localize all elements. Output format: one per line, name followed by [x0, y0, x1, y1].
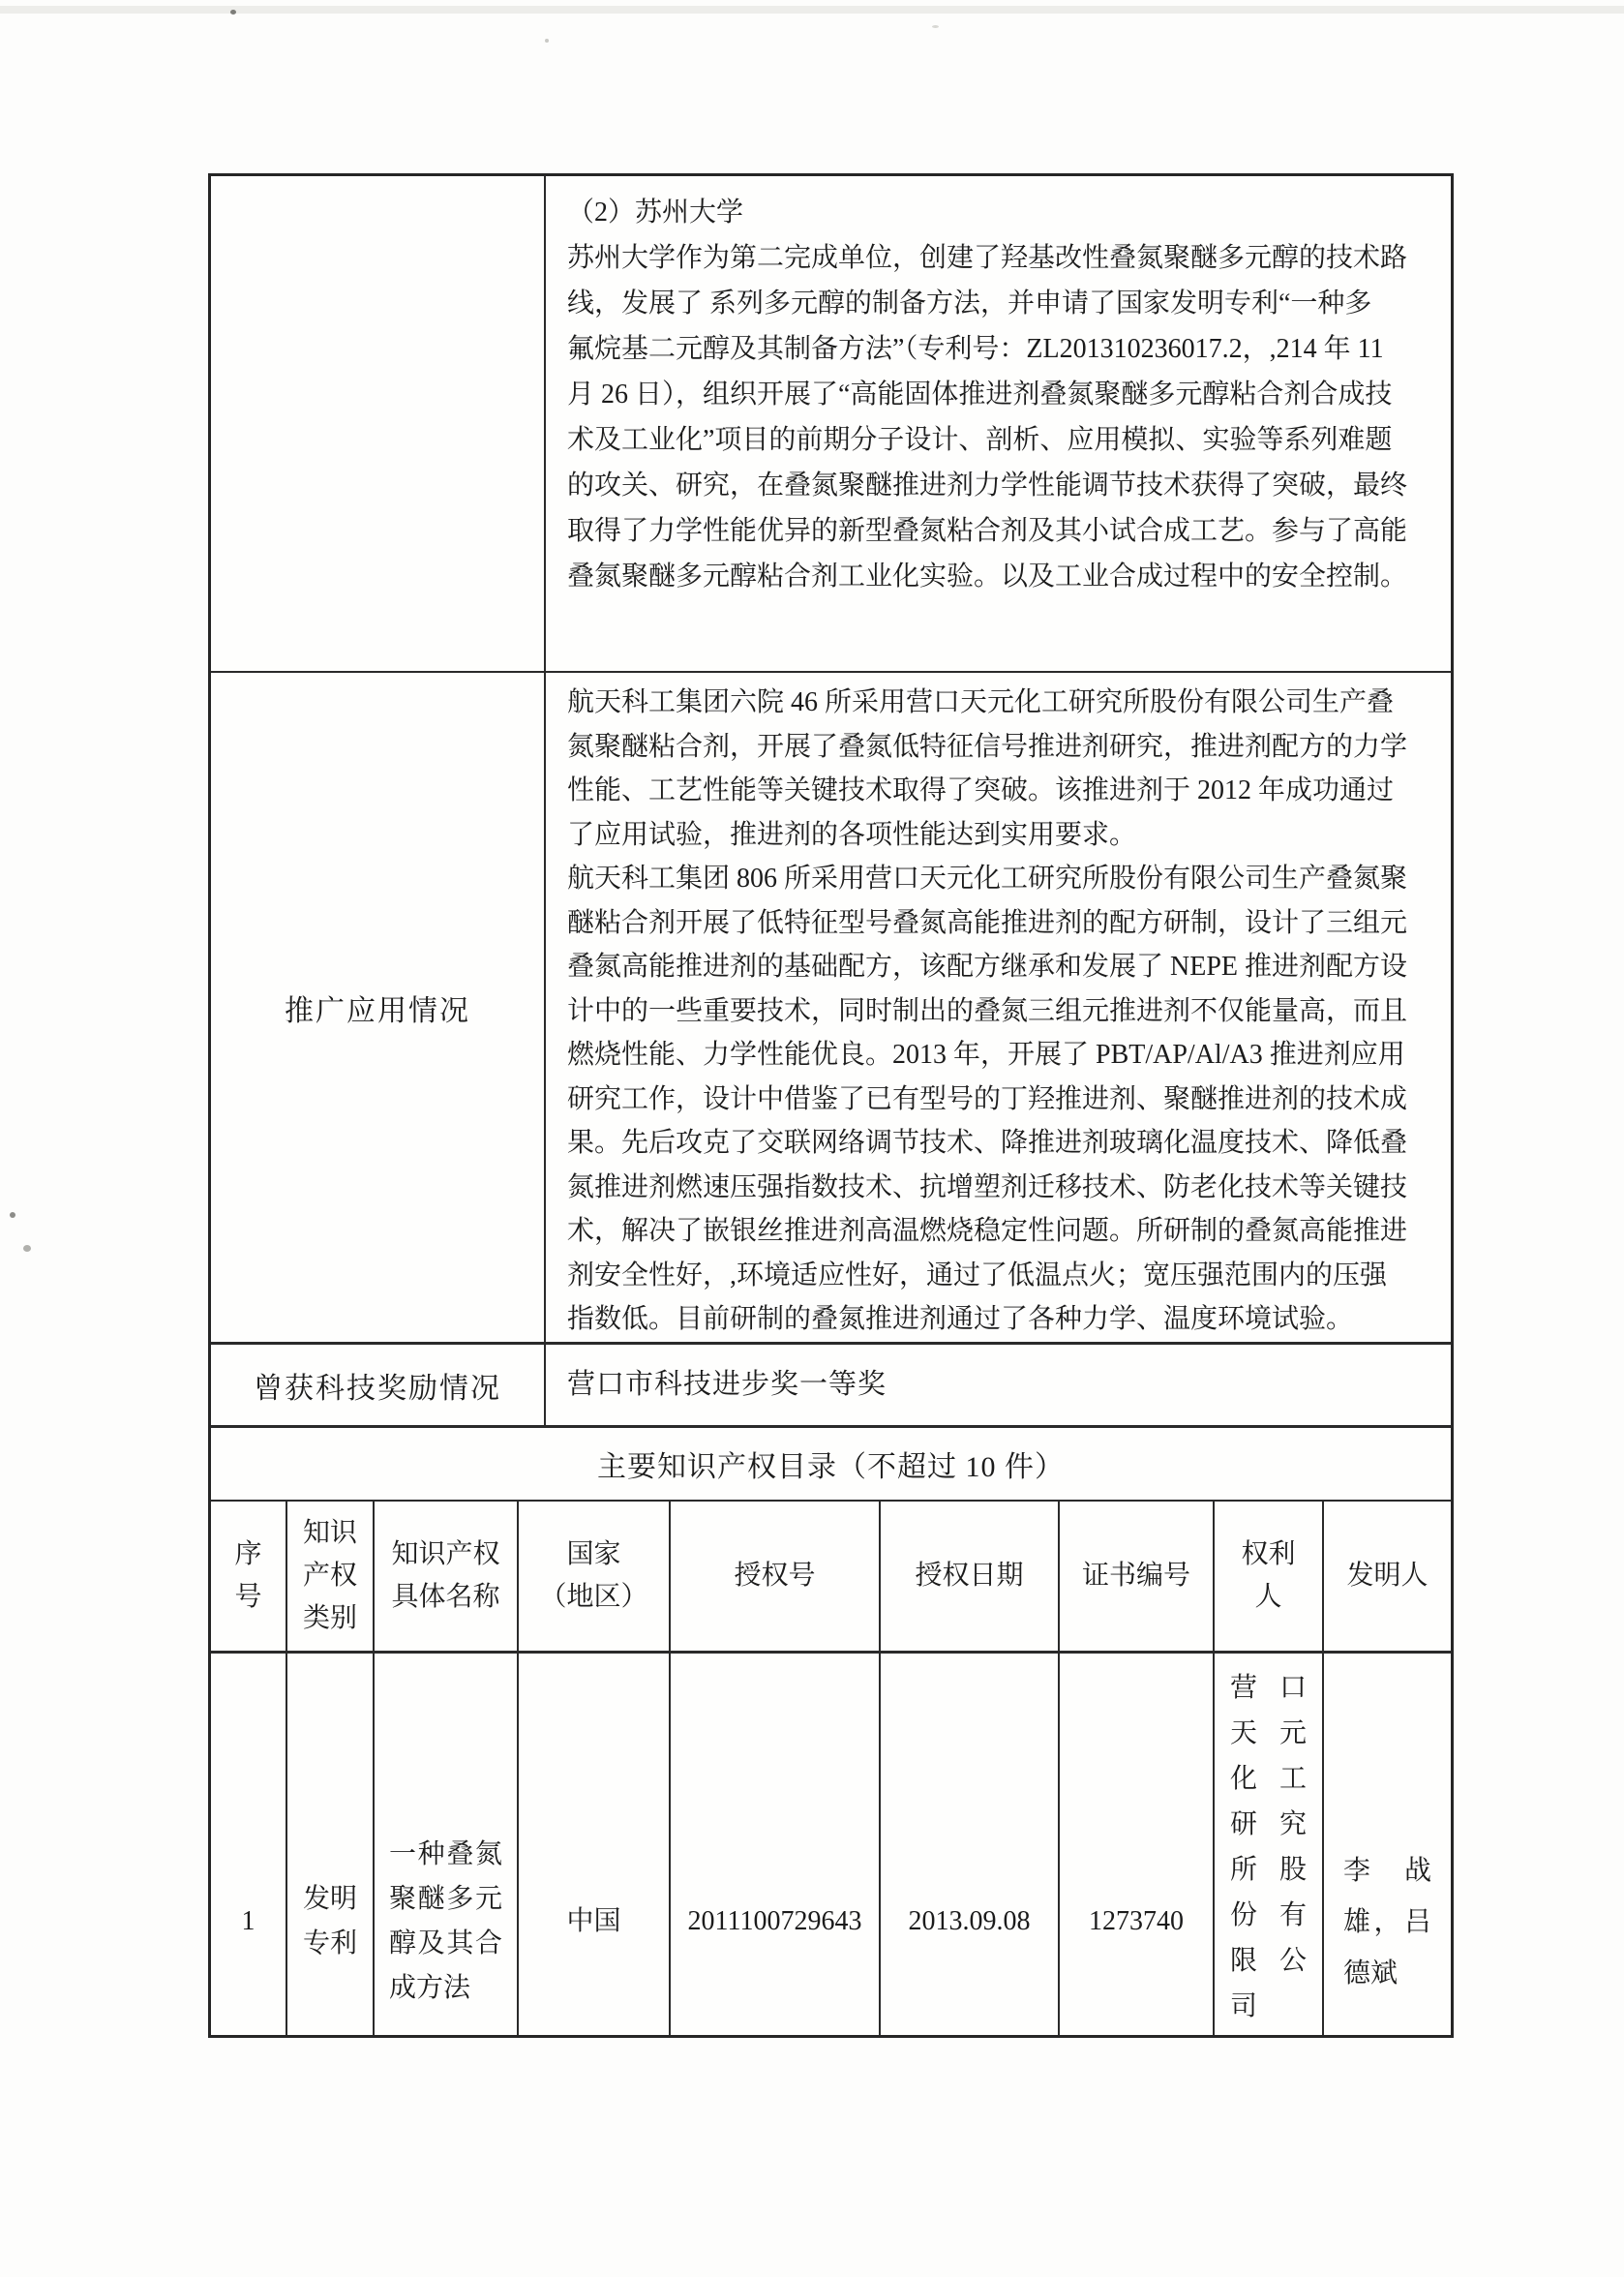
scan-speck	[545, 39, 549, 43]
completing-unit-text: （2）苏州大学 苏州大学作为第二完成单位，创建了羟基改性叠氮聚醚多元醇的技术路 …	[546, 176, 1451, 671]
patent-grant-date: 2013.09.08	[881, 1654, 1060, 2035]
patent-certificate-number: 1273740	[1060, 1654, 1215, 2035]
scan-artifact-band	[0, 6, 1624, 14]
header-rights-holder: 权利 人	[1215, 1502, 1324, 1651]
patent-category: 发明专利	[287, 1654, 375, 2035]
scan-speck	[10, 1212, 15, 1218]
row-label-cell-empty	[211, 176, 546, 671]
patent-country: 中国	[519, 1654, 671, 2035]
header-grant-date: 授权日期	[881, 1502, 1060, 1651]
patent-rights-holder: 营口天元化工研究所股份有限公司	[1215, 1654, 1324, 2035]
header-seq: 序 号	[211, 1502, 287, 1651]
header-ip-name: 知识产权 具体名称	[375, 1502, 519, 1651]
award-form-table: （2）苏州大学 苏州大学作为第二完成单位，创建了羟基改性叠氮聚醚多元醇的技术路 …	[208, 173, 1454, 2038]
previous-awards-label: 曾获科技奖励情况	[211, 1345, 546, 1425]
header-country: 国家 （地区）	[519, 1502, 671, 1651]
header-certificate-number: 证书编号	[1060, 1502, 1215, 1651]
patent-name: 一种叠氮聚醚多元醇及其合成方法	[375, 1654, 519, 2035]
promotion-application-text: 航天科工集团六院 46 所采用营口天元化工研究所股份有限公司生产叠 氮聚醚粘合剂…	[546, 673, 1451, 1342]
header-grant-number: 授权号	[671, 1502, 881, 1651]
table-row-promotion-application: 推广应用情况 航天科工集团六院 46 所采用营口天元化工研究所股份有限公司生产叠…	[211, 673, 1451, 1345]
table-row-completing-unit: （2）苏州大学 苏州大学作为第二完成单位，创建了羟基改性叠氮聚醚多元醇的技术路 …	[211, 176, 1451, 673]
patent-grant-number: 2011100729643	[671, 1654, 881, 2035]
scanned-document-page: { "document": { "upper_rows": [ { "label…	[0, 0, 1624, 2277]
previous-awards-value: 营口市科技进步奖一等奖	[546, 1345, 1451, 1425]
scan-speck	[23, 1245, 31, 1252]
header-inventors: 发明人	[1324, 1502, 1451, 1651]
table-row-previous-awards: 曾获科技奖励情况 营口市科技进步奖一等奖	[211, 1345, 1451, 1428]
ip-table-data-row: 1 发明专利 一种叠氮聚醚多元醇及其合成方法 中国 2011100729643 …	[211, 1654, 1451, 2035]
scan-speck	[932, 25, 939, 28]
ip-table-header-row: 序 号 知识 产权 类别 知识产权 具体名称 国家 （地区） 授权号 授权日期 …	[211, 1502, 1451, 1654]
patent-seq: 1	[211, 1654, 287, 2035]
ip-catalog-title-row: 主要知识产权目录（不超过 10 件）	[211, 1428, 1451, 1502]
promotion-application-label: 推广应用情况	[211, 673, 546, 1342]
scan-speck	[230, 10, 236, 15]
patent-inventors: 李战雄，吕德斌	[1324, 1654, 1451, 2035]
ip-catalog-title: 主要知识产权目录（不超过 10 件）	[211, 1428, 1451, 1500]
header-ip-category: 知识 产权 类别	[287, 1502, 375, 1651]
